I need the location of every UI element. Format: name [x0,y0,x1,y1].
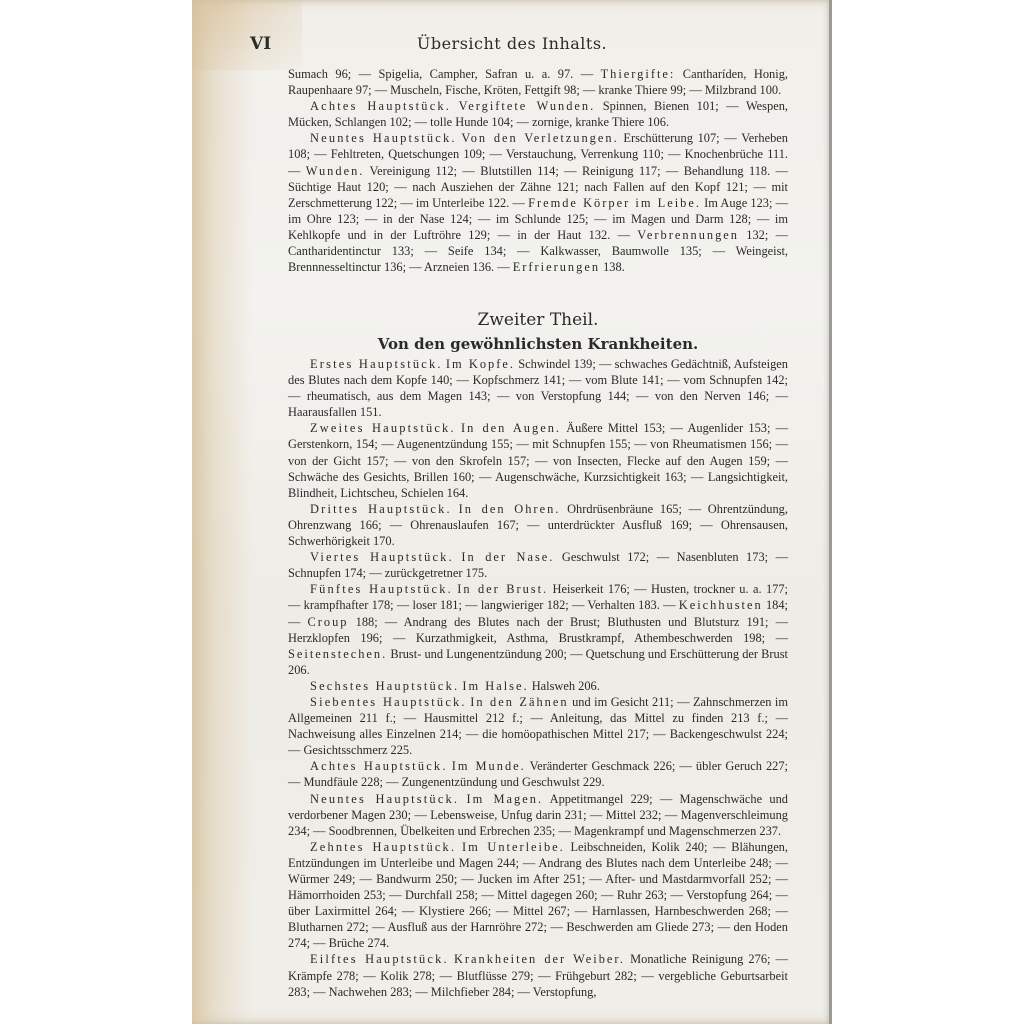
entry-text: Sumach 96; — Spigelia, Campher, Safran u… [288,67,601,81]
chapter-heading: Neuntes Hauptstück. [310,792,459,806]
section-heading: Im Kopfe. [446,357,515,371]
entry-text: Leibschneiden, Kolik 240; — Blähungen, E… [288,840,788,951]
chapter-heading: Siebentes Hauptstück. [310,695,467,709]
book-page: VI Übersicht des Inhalts. Sumach 96; — S… [192,0,832,1024]
part-subtitle: Von den gewöhnlichsten Krankheiten. [288,335,788,353]
contents-entry: Sumach 96; — Spigelia, Campher, Safran u… [288,66,788,98]
chapter-heading: Achtes Hauptstück. [310,759,448,773]
contents-entry: Neuntes Hauptstück. Von den Verletzungen… [288,130,788,275]
section-heading: Im Halse. [462,679,528,693]
entry-text: 138. [600,260,625,274]
chapter-heading: Drittes Hauptstück. [310,502,452,516]
section-heading: Im Magen. [467,792,544,806]
section-heading: In den Ohren. [459,502,561,516]
contents-entry: Zehntes Hauptstück. Im Unterleibe. Leibs… [288,839,788,952]
chapter-heading: Erstes Hauptstück. [310,357,443,371]
chapter-heading: Eilftes Hauptstück. [310,952,449,966]
section-heading: Seitenstechen. [288,647,387,661]
part-title: Zweiter Theil. [288,310,788,330]
section-heading: Croup [308,615,349,629]
contents-entry: Zweites Hauptstück. In den Augen. Äußere… [288,420,788,500]
running-title: Übersicht des Inhalts. [250,34,774,53]
chapter-heading: Zweites Hauptstück. [310,421,456,435]
contents-entry: Achtes Hauptstück. Vergiftete Wunden. Sp… [288,98,788,130]
section-heading: Wunden. [306,164,365,178]
section-heading: In den Zähnen [470,695,568,709]
contents-entry: Fünftes Hauptstück. In der Brust. Heiser… [288,581,788,678]
section-heading: Von den Verletzungen. [461,131,618,145]
page-edge [829,0,832,1024]
chapter-heading: Achtes Hauptstück. [310,99,451,113]
section-heading: In den Augen. [461,421,561,435]
contents-entry: Eilftes Hauptstück. Krankheiten der Weib… [288,951,788,999]
section-heading: Keichhusten [679,598,763,612]
entry-text [452,502,459,516]
page-stain [192,0,252,1024]
section-heading: Fremde Körper im Leibe. [528,196,701,210]
chapter-heading: Neuntes Hauptstück. [310,131,457,145]
contents-entry: Erstes Hauptstück. Im Kopfe. Schwindel 1… [288,356,788,420]
section-heading: In der Brust. [457,582,548,596]
section-heading: Vergiftete Wunden. [459,99,596,113]
section-heading: Verbrennungen [637,228,739,242]
section-heading: Krankheiten der Weiber. [454,952,625,966]
section-heading: Im Unterleibe. [462,840,565,854]
chapter-heading: Fünftes Hauptstück. [310,582,453,596]
section-heading: In der Nase. [461,550,554,564]
entry-text [451,99,459,113]
entry-text: Halsweh 206. [529,679,600,693]
contents-entry: Viertes Hauptstück. In der Nase. Geschwu… [288,549,788,581]
entry-text [459,792,466,806]
part2-contents: Erstes Hauptstück. Im Kopfe. Schwindel 1… [288,356,788,1000]
contents-entry: Sechstes Hauptstück. Im Halse. Halsweh 2… [288,678,788,694]
contents-entry: Drittes Hauptstück. In den Ohren. Ohrdrü… [288,501,788,549]
contents-entry: Siebentes Hauptstück. In den Zähnen und … [288,694,788,758]
contents-entry: Achtes Hauptstück. Im Munde. Veränderter… [288,758,788,790]
section-heading: Thiergifte: [601,67,676,81]
section-heading: Erfrierungen [513,260,600,274]
entry-text: 188; — Andrang des Blutes nach der Brust… [288,615,788,645]
part-heading: Zweiter Theil. Von den gewöhnlichsten Kr… [288,310,788,353]
chapter-heading: Viertes Hauptstück. [310,550,454,564]
section-heading: Im Munde. [452,759,526,773]
chapter-heading: Zehntes Hauptstück. [310,840,456,854]
contents-entry: Neuntes Hauptstück. Im Magen. Appetitman… [288,791,788,839]
chapter-heading: Sechstes Hauptstück. [310,679,459,693]
page-header: VI Übersicht des Inhalts. [250,34,774,58]
part1-contents-continuation: Sumach 96; — Spigelia, Campher, Safran u… [288,66,788,275]
